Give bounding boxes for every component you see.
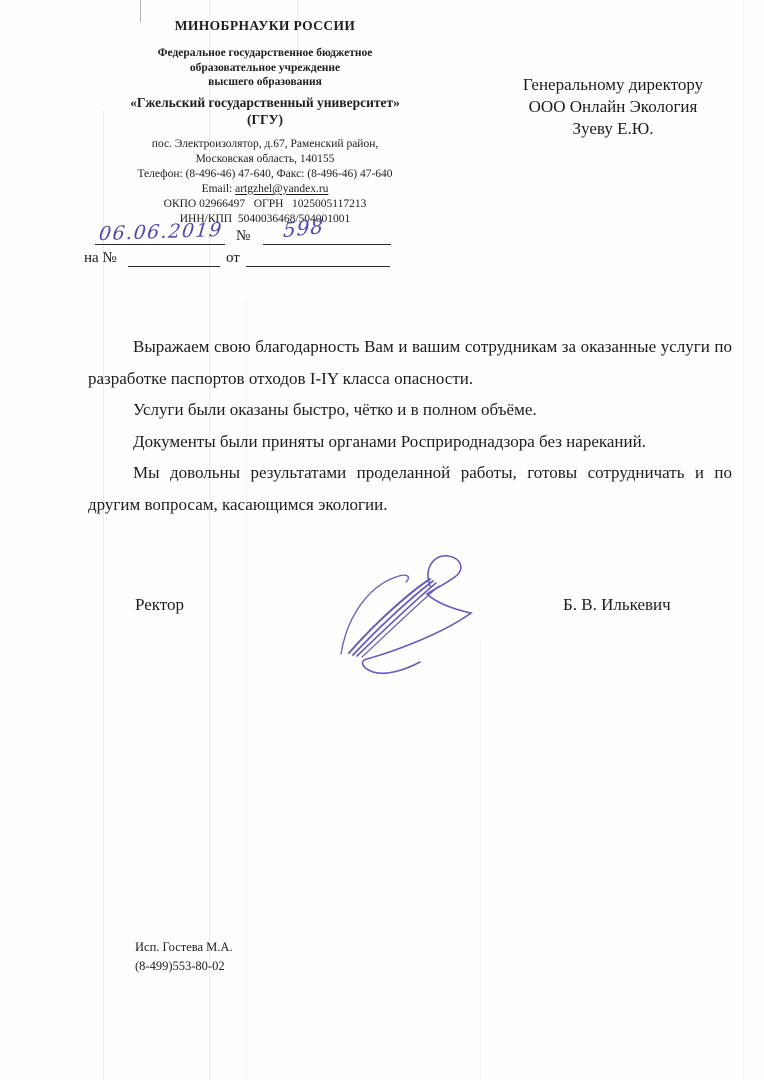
- recipient-company: ООО Онлайн Экология: [488, 96, 738, 118]
- recipient-person: Зуеву Е.Ю.: [488, 118, 738, 140]
- ministry-name: МИНОБРНАУКИ РОССИИ: [85, 18, 445, 34]
- reply-date-underline: [246, 266, 390, 267]
- recipient-block: Генеральному директору ООО Онлайн Эколог…: [488, 74, 738, 140]
- address-line2: Московская область, 140155: [85, 152, 445, 167]
- signature-ink: [328, 550, 518, 690]
- letter-paragraph: Мы довольны результатами проделанной раб…: [88, 457, 732, 520]
- executor-phone: (8-499)553-80-02: [135, 957, 233, 976]
- reply-from-label: от: [226, 250, 240, 267]
- handwritten-date: 06.06.2019: [98, 219, 224, 245]
- okpo-ogrn-line: ОКПО 02966497 ОГРН 1025005117213: [85, 197, 445, 212]
- number-underline: [263, 244, 391, 245]
- phone-fax-line: Телефон: (8-496-46) 47-640, Факс: (8-496…: [85, 167, 445, 182]
- signer-name: Б. В. Илькевич: [563, 595, 671, 615]
- sender-letterhead: МИНОБРНАУКИ РОССИИ Федеральное государст…: [85, 18, 445, 227]
- address-line1: пос. Электроизолятор, д.67, Раменский ра…: [85, 137, 445, 152]
- email-label: Email:: [202, 183, 233, 195]
- org-type-line3: высшего образования: [85, 75, 445, 90]
- executor-name: Исп. Гостева М.А.: [135, 938, 233, 957]
- scan-artifact-line: [480, 640, 481, 1080]
- letter-paragraph: Выражаем свою благодарность Вам и вашим …: [88, 331, 732, 394]
- org-type-line2: образовательное учреждение: [85, 61, 445, 76]
- email-line: Email: artgzhel@yandex.ru: [85, 182, 445, 197]
- scanned-letter-page: МИНОБРНАУКИ РОССИИ Федеральное государст…: [0, 0, 764, 1080]
- reply-to-label: на №: [84, 250, 117, 267]
- date-underline: [95, 244, 225, 245]
- number-sign: №: [236, 228, 250, 245]
- executor-block: Исп. Гостева М.А. (8-499)553-80-02: [135, 938, 233, 976]
- org-type-line1: Федеральное государственное бюджетное: [85, 46, 445, 61]
- letter-paragraph: Услуги были оказаны быстро, чётко и в по…: [88, 394, 732, 426]
- scan-artifact-line: [743, 0, 744, 1080]
- reply-number-underline: [128, 266, 220, 267]
- signer-position: Ректор: [135, 595, 184, 615]
- email-address: artgzhel@yandex.ru: [235, 183, 328, 195]
- recipient-title: Генеральному директору: [488, 74, 738, 96]
- handwritten-number: 598: [283, 214, 325, 243]
- university-abbreviation: (ГГУ): [85, 112, 445, 128]
- university-name: «Гжельский государственный университет»: [85, 94, 445, 111]
- letter-body: Выражаем свою благодарность Вам и вашим …: [88, 331, 732, 521]
- letter-paragraph: Документы были приняты органами Росприро…: [88, 426, 732, 458]
